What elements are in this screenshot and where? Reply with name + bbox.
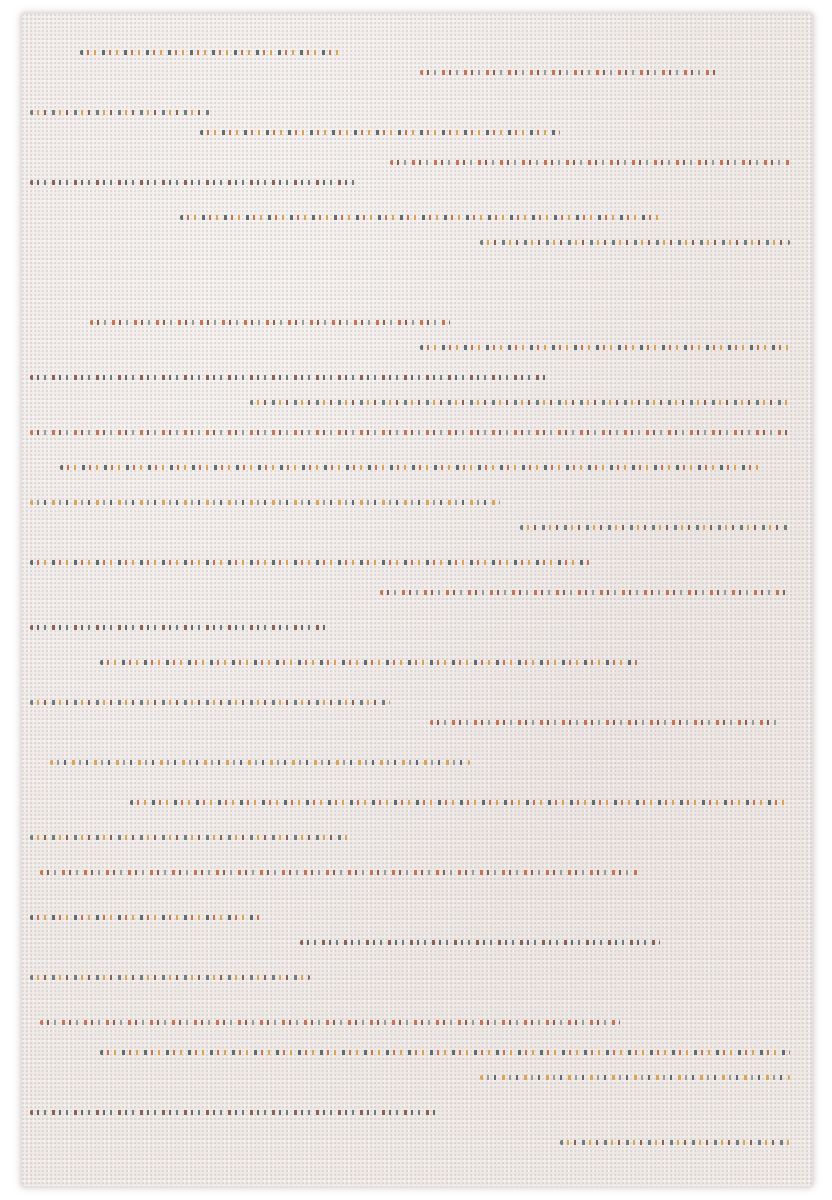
speckle-streak: [420, 70, 720, 75]
speckle-streak: [30, 110, 210, 115]
speckle-streak: [430, 720, 780, 725]
shag-rug: [22, 14, 812, 1186]
speckle-streak: [80, 50, 340, 55]
speckle-streak: [130, 800, 790, 805]
speckle-streak: [250, 400, 790, 405]
speckle-streak: [30, 430, 790, 435]
speckle-streak: [30, 835, 350, 840]
speckle-streak: [50, 760, 470, 765]
speckle-streak: [380, 590, 790, 595]
speckle-streak: [480, 240, 790, 245]
speckle-streak: [180, 215, 660, 220]
speckle-streak: [30, 375, 550, 380]
speckle-streak: [560, 1140, 790, 1145]
speckle-streak: [60, 465, 760, 470]
speckle-streak: [40, 870, 640, 875]
speckle-streak: [300, 940, 660, 945]
speckle-streak: [100, 1050, 790, 1055]
speckle-streak: [40, 1020, 620, 1025]
speckle-streak: [200, 130, 560, 135]
speckle-streak: [30, 975, 310, 980]
speckle-streak: [480, 1075, 790, 1080]
speckle-streak: [30, 500, 500, 505]
speckle-streak: [390, 160, 790, 165]
speckle-streak: [30, 625, 330, 630]
speckle-streak: [420, 345, 790, 350]
speckle-streak: [30, 180, 360, 185]
speckle-streak: [520, 525, 790, 530]
speckle-streak: [30, 1110, 440, 1115]
rug-pile-texture: [22, 14, 812, 1186]
speckle-streak: [90, 320, 450, 325]
speckle-streak: [30, 700, 390, 705]
speckle-streak: [30, 560, 590, 565]
speckle-streak: [30, 915, 260, 920]
speckle-streak: [100, 660, 640, 665]
